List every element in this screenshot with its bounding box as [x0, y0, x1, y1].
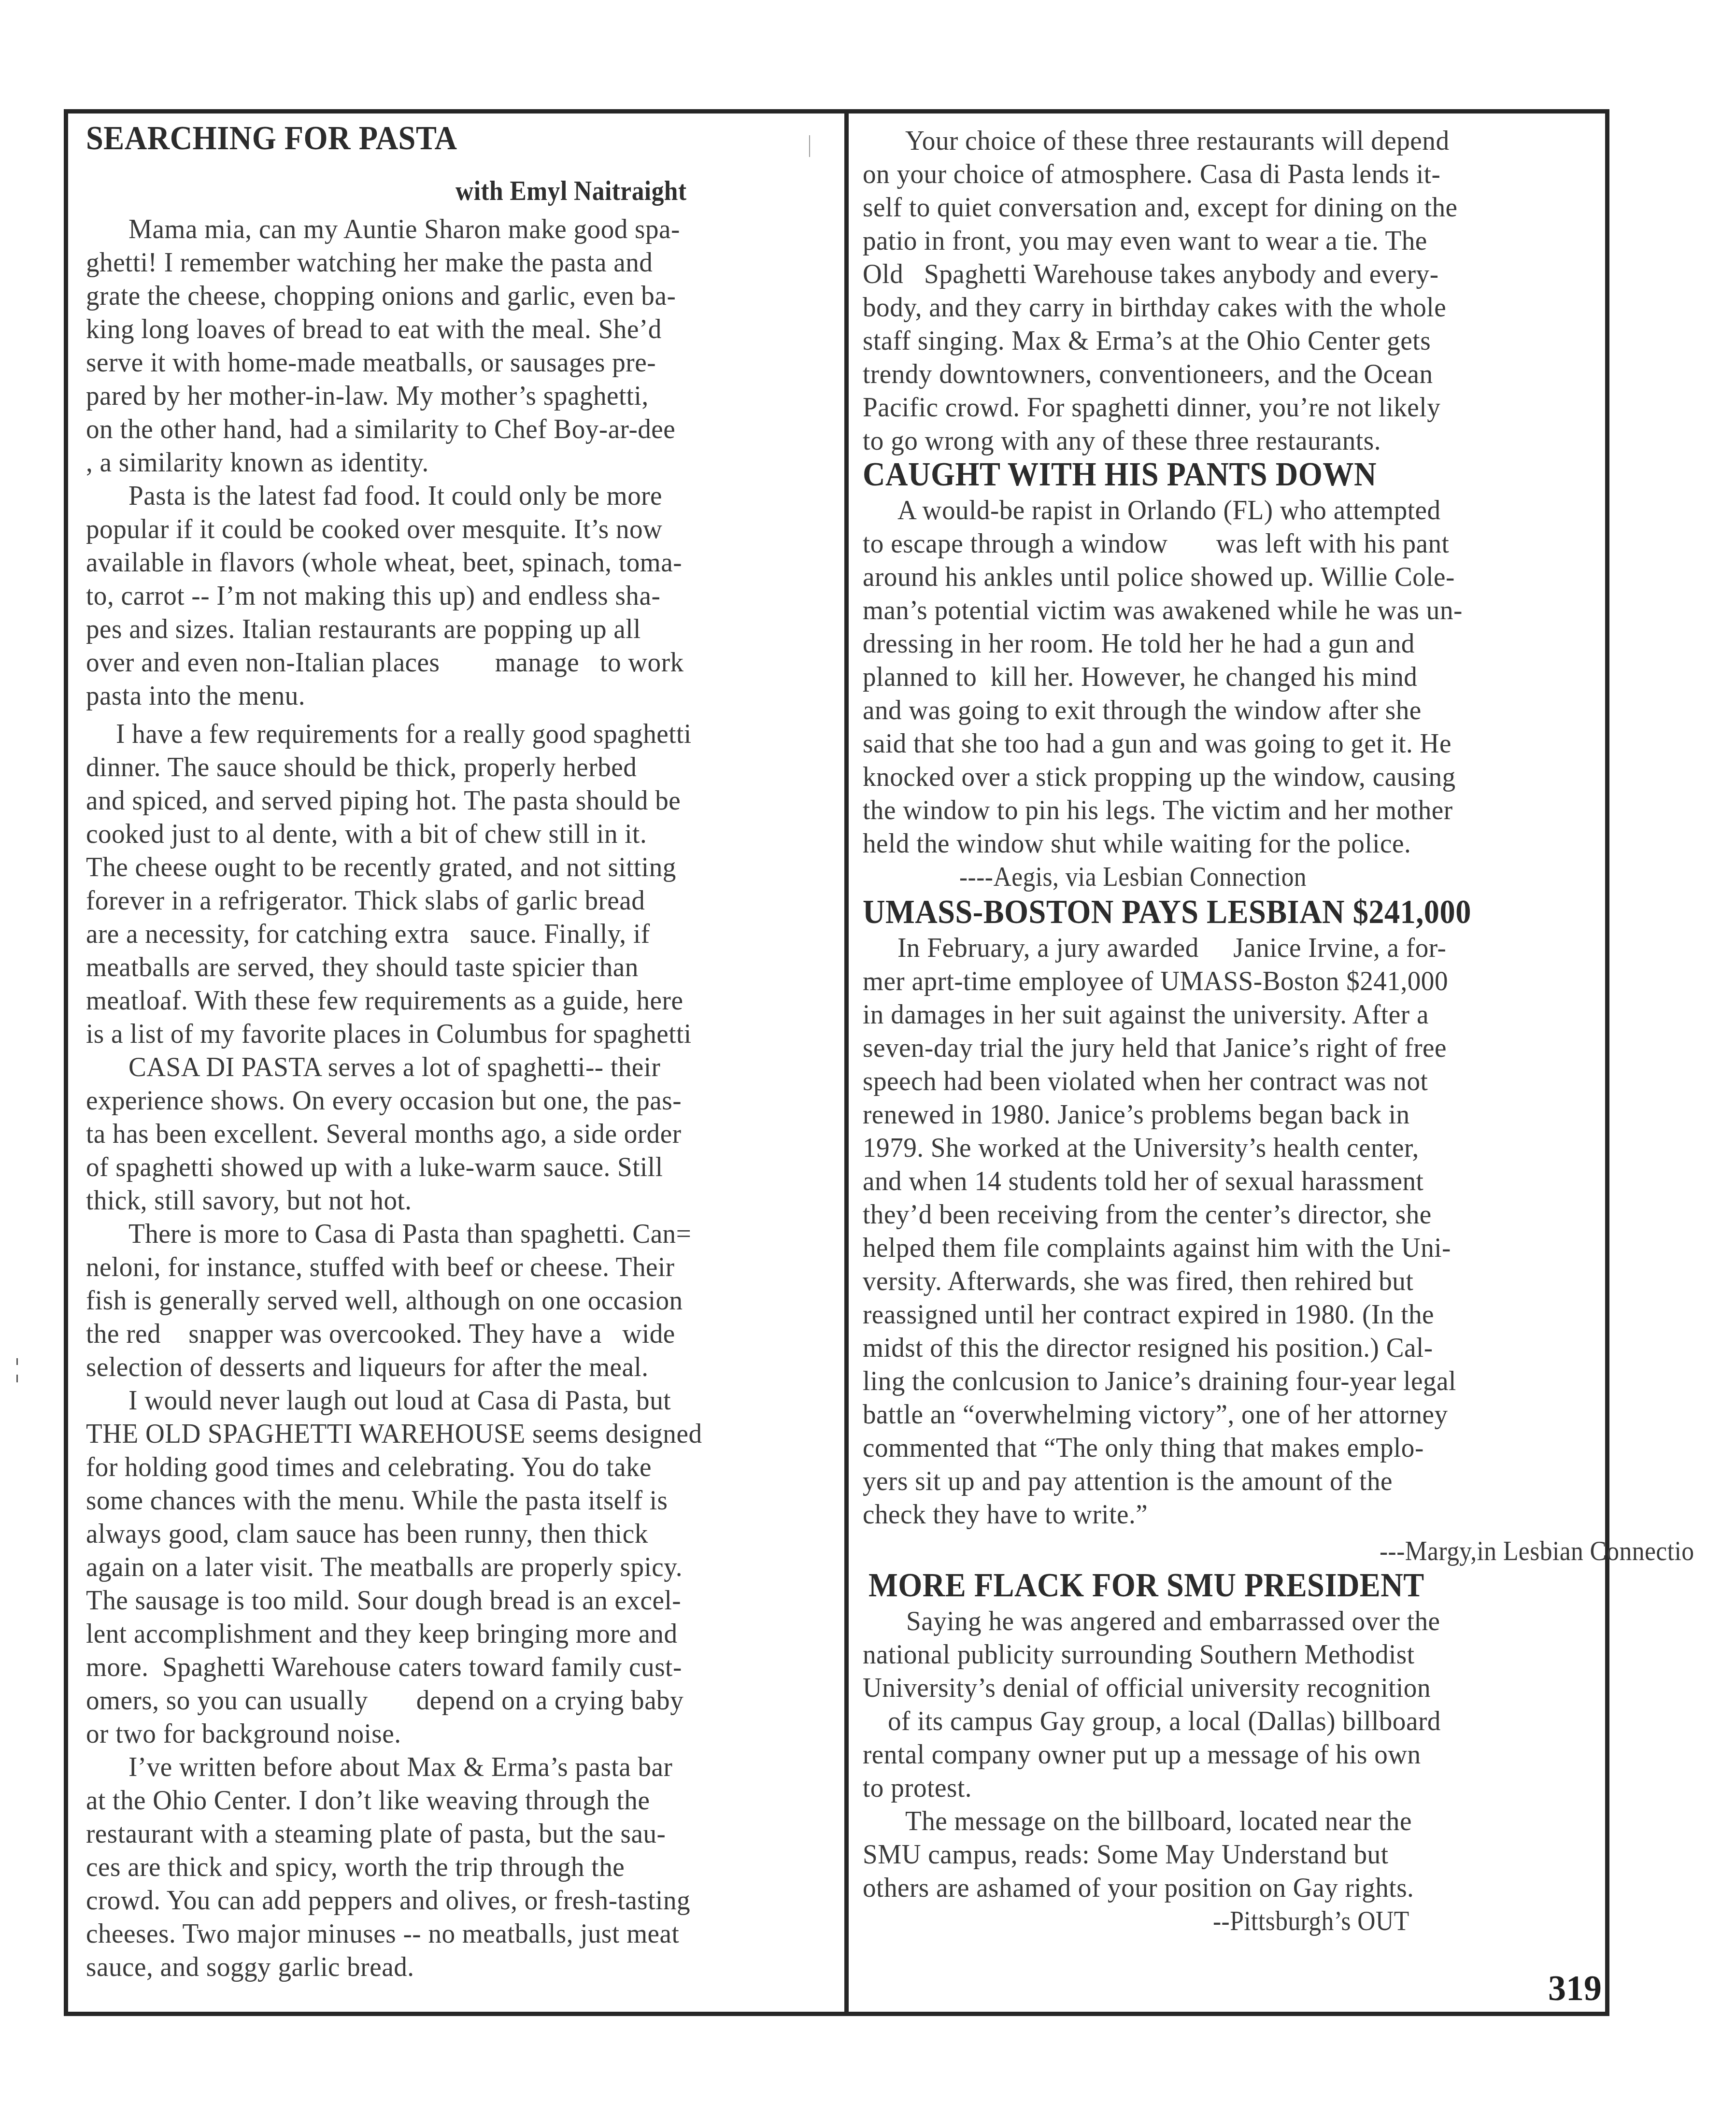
body-text-line: SMU campus, reads: Some May Understand b… [863, 1841, 1389, 1868]
body-text-line: said that she too had a gun and was goin… [863, 730, 1451, 757]
body-text-line: or two for background noise. [86, 1720, 401, 1748]
body-text-line: reassigned until her contract expired in… [863, 1301, 1434, 1328]
body-text-line: Pacific crowd. For spaghetti dinner, you… [863, 394, 1440, 421]
body-text-line: helped them file complaints against him … [863, 1235, 1451, 1262]
body-text-line: University’s denial of official universi… [863, 1675, 1431, 1702]
body-text-line: and was going to exit through the window… [863, 697, 1422, 724]
body-text-line: cooked just to al dente, with a bit of c… [86, 821, 647, 848]
body-text-line: serve it with home-made meatballs, or sa… [86, 349, 656, 376]
body-text-line: again on a later visit. The meatballs ar… [86, 1554, 683, 1581]
body-text-line: versity. Afterwards, she was fired, then… [863, 1268, 1413, 1295]
paragraph-start-line: CASA DI PASTA serves a lot of spaghetti-… [128, 1054, 660, 1081]
body-text-line: in damages in her suit against the unive… [863, 1001, 1429, 1028]
body-text-line: The cheese ought to be recently grated, … [86, 854, 676, 881]
body-text-line: patio in front, you may even want to wea… [863, 227, 1427, 255]
column-divider [844, 109, 849, 2016]
paragraph-start-line: There is more to Casa di Pasta than spag… [128, 1221, 691, 1248]
paragraph-start-line: Mama mia, can my Auntie Sharon make good… [128, 216, 680, 243]
body-text-line: for holding good times and celebrating. … [86, 1454, 652, 1481]
body-text-line: are a necessity, for catching extra sauc… [86, 921, 650, 948]
body-text-line: lent accomplishment and they keep bringi… [86, 1620, 678, 1648]
body-text-line: king long loaves of bread to eat with th… [86, 316, 662, 343]
scan-mark [809, 135, 810, 157]
body-text-line: to, carrot -- I’m not making this up) an… [86, 583, 660, 610]
body-text-line: renewed in 1980. Janice’s problems began… [863, 1101, 1410, 1128]
paragraph-start-line: I’ve written before about Max & Erma’s p… [128, 1754, 672, 1781]
paragraph-start-line: Your choice of these three restaurants w… [905, 128, 1449, 155]
scan-mark [16, 1375, 18, 1382]
body-text-line: is a list of my favorite places in Colum… [86, 1021, 692, 1048]
body-text-line: pes and sizes. Italian restaurants are p… [86, 616, 641, 643]
body-text-line: around his ankles until police showed up… [863, 564, 1455, 591]
source-credit: ----Aegis, via Lesbian Connection [959, 864, 1307, 891]
body-text-line: grate the cheese, chopping onions and ga… [86, 283, 676, 310]
body-text-line: midst of this the director resigned his … [863, 1335, 1433, 1362]
body-text-line: omers, so you can usually depend on a cr… [86, 1687, 683, 1714]
body-text-line: restaurant with a steaming plate of past… [86, 1820, 666, 1847]
article-headline: CAUGHT WITH HIS PANTS DOWN [863, 458, 1377, 492]
body-text-line: on your choice of atmosphere. Casa di Pa… [863, 161, 1440, 188]
body-text-line: selection of desserts and liqueurs for a… [86, 1354, 649, 1381]
body-text-line: available in flavors (whole wheat, beet,… [86, 549, 682, 576]
body-text-line: staff singing. Max & Erma’s at the Ohio … [863, 327, 1431, 355]
body-text-line: sauce, and soggy garlic bread. [86, 1954, 414, 1981]
page-number: 319 [1548, 1971, 1602, 2006]
body-text-line: to escape through a window was left with… [863, 530, 1449, 557]
body-text-line: ghetti! I remember watching her make the… [86, 249, 653, 276]
body-text-line: commented that “The only thing that make… [863, 1435, 1424, 1462]
paragraph-start-line: The message on the billboard, located ne… [905, 1808, 1412, 1835]
body-text-line: 1979. She worked at the University’s hea… [863, 1135, 1419, 1162]
source-credit: --Pittsburgh’s OUT [1213, 1908, 1409, 1935]
body-text-line: battle an “overwhelming victory”, one of… [863, 1401, 1448, 1428]
body-text-line: trendy downtowners, conventioneers, and … [863, 361, 1433, 388]
body-text-line: thick, still savory, but not hot. [86, 1187, 412, 1214]
paragraph-start-line: Saying he was angered and embarrassed ov… [906, 1608, 1440, 1635]
source-credit: ---Margy,in Lesbian Connectio [1380, 1538, 1694, 1565]
paragraph-start-line: Pasta is the latest fad food. It could o… [128, 483, 662, 510]
body-text-line: dinner. The sauce should be thick, prope… [86, 754, 637, 781]
body-text-line: knocked over a stick propping up the win… [863, 764, 1456, 791]
body-text-line: ces are thick and spicy, worth the trip … [86, 1854, 625, 1881]
body-text-line: planned to kill her. However, he changed… [863, 664, 1417, 691]
body-text-line: to protest. [863, 1775, 972, 1802]
body-text-line: pasta into the menu. [86, 682, 305, 710]
body-text-line: yers sit up and pay attention is the amo… [863, 1468, 1393, 1495]
paragraph-start-line: A would-be rapist in Orlando (FL) who at… [897, 497, 1441, 524]
paragraph-start-line: In February, a jury awarded Janice Irvin… [897, 935, 1446, 962]
body-text-line: more. Spaghetti Warehouse caters toward … [86, 1654, 682, 1681]
body-text-line: others are ashamed of your position on G… [863, 1875, 1414, 1902]
scan-mark [16, 1358, 18, 1365]
body-text-line: , a similarity known as identity. [86, 449, 429, 476]
body-text-line: seven-day trial the jury held that Janic… [863, 1035, 1447, 1062]
body-text-line: crowd. You can add peppers and olives, o… [86, 1887, 690, 1914]
body-text-line: cheeses. Two major minuses -- no meatbal… [86, 1920, 679, 1947]
body-text-line: rental company owner put up a message of… [863, 1741, 1421, 1768]
body-text-line: experience shows. On every occasion but … [86, 1087, 682, 1114]
body-text-line: body, and they carry in birthday cakes w… [863, 294, 1446, 321]
body-text-line: to go wrong with any of these three rest… [863, 427, 1381, 455]
body-text-line: pared by her mother-in-law. My mother’s … [86, 383, 649, 410]
body-text-line: check they have to write.” [863, 1501, 1148, 1528]
body-text-line: man’s potential victim was awakened whil… [863, 597, 1463, 624]
body-text-line: popular if it could be cooked over mesqu… [86, 516, 662, 543]
body-text-line: and when 14 students told her of sexual … [863, 1168, 1423, 1195]
body-text-line: The sausage is too mild. Sour dough brea… [86, 1587, 681, 1614]
body-text-line: the red snapper was overcooked. They hav… [86, 1321, 675, 1348]
body-text-line: meatballs are served, they should taste … [86, 954, 639, 981]
paragraph-start-line: I would never laugh out loud at Casa di … [128, 1387, 671, 1414]
body-text-line: ling the conlcusion to Janice’s draining… [863, 1368, 1456, 1395]
body-text-line: forever in a refrigerator. Thick slabs o… [86, 887, 645, 914]
body-text-line: and spiced, and served piping hot. The p… [86, 787, 681, 814]
body-text-line: meatloaf. With these few requirements as… [86, 987, 683, 1014]
body-text-line: of spaghetti showed up with a luke-warm … [86, 1154, 663, 1181]
body-text-line: speech had been violated when her contra… [863, 1068, 1428, 1095]
body-text-line: national publicity surrounding Southern … [863, 1641, 1415, 1668]
body-text-line: fish is generally served well, although … [86, 1287, 683, 1314]
body-text-line: always good, clam sauce has been runny, … [86, 1520, 648, 1548]
paragraph-start-line: of its campus Gay group, a local (Dallas… [888, 1708, 1441, 1735]
body-text-line: at the Ohio Center. I don’t like weaving… [86, 1787, 650, 1814]
paragraph-start-line: I have a few requirements for a really g… [116, 721, 692, 748]
body-text-line: Old Spaghetti Warehouse takes anybody an… [863, 261, 1439, 288]
body-text-line: some chances with the menu. While the pa… [86, 1487, 668, 1514]
body-text-line: on the other hand, had a similarity to C… [86, 416, 675, 443]
article-headline: SEARCHING FOR PASTA [86, 122, 457, 156]
body-text-line: the window to pin his legs. The victim a… [863, 797, 1453, 824]
body-text-line: mer aprt-time employee of UMASS-Boston $… [863, 968, 1448, 995]
body-text-line: ta has been excellent. Several months ag… [86, 1121, 682, 1148]
byline: with Emyl Naitraight [455, 178, 687, 205]
body-text-line: dressing in her room. He told her he had… [863, 630, 1415, 657]
article-headline: UMASS-BOSTON PAYS LESBIAN $241,000 [863, 895, 1471, 929]
body-text-line: neloni, for instance, stuffed with beef … [86, 1254, 675, 1281]
body-text-line: over and even non-Italian places manage … [86, 649, 684, 676]
article-headline: MORE FLACK FOR SMU PRESIDENT [868, 1569, 1424, 1603]
body-text-line: they’d been receiving from the center’s … [863, 1201, 1432, 1228]
body-text-line: THE OLD SPAGHETTI WAREHOUSE seems design… [86, 1421, 702, 1448]
body-text-line: held the window shut while waiting for t… [863, 830, 1411, 857]
body-text-line: self to quiet conversation and, except f… [863, 194, 1458, 221]
